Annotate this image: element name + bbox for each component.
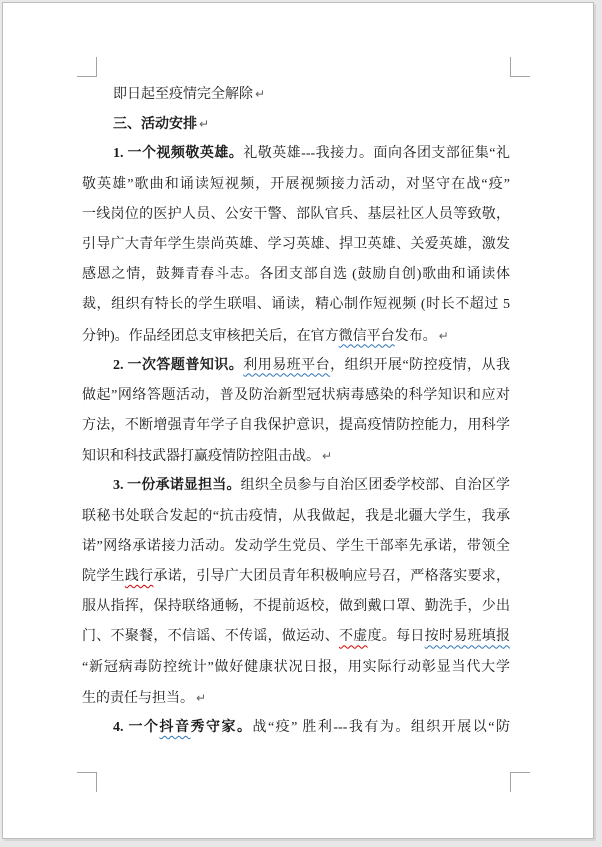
margin-crop-mark-bottom-left <box>77 772 97 792</box>
margin-crop-mark-top-right <box>510 57 530 77</box>
text-line[interactable]: 即日起至疫情完全解除↵ <box>82 79 510 109</box>
text-line[interactable]: 引导广大青年学生崇尚英雄、学习英雄、捍卫英雄、关爱英雄，激发 <box>82 230 510 260</box>
proofing-marked-text-run: 践行 <box>125 569 154 584</box>
text-block: 即日起至疫情完全解除↵三、活动安排↵1. 一个视频敬英雄。礼敬英雄---我接力。… <box>82 79 510 743</box>
paragraph-mark-icon: ↵ <box>322 449 332 463</box>
proofing-marked-text-run: 利用易班平台 <box>243 358 330 373</box>
text-run: 一线岗位的医护人员、公安干警、部队官兵、基层社区人员等致敬， <box>82 207 510 222</box>
text-run: 4. 一个 <box>113 720 159 735</box>
text-run: 发布。 <box>395 329 437 344</box>
paragraph-mark-icon: ↵ <box>255 87 265 101</box>
text-run: 2. 一次答题普知识。 <box>113 358 243 373</box>
text-line[interactable]: 院学生践行承诺，引导广大团员青年积极响应号召，严格落实要求， <box>82 562 510 592</box>
text-run: “新冠病毒防控统计”做好健康状况日报，用实际行动彰显当代大学 <box>82 660 510 675</box>
text-line[interactable]: 敬英雄”歌曲和诵读短视频，开展视频接力活动，对坚守在战“疫” <box>82 170 510 200</box>
text-run: 诺”网络承诺接力活动。发动学生党员、学生干部率先承诺，带领全 <box>82 539 510 554</box>
text-line[interactable]: 联秘书处联合发起的“抗击疫情，从我做起，我是北疆大学生，我承 <box>82 502 510 532</box>
text-run: 引导广大青年学生崇尚英雄、学习英雄、捍卫英雄、关爱英雄，激发 <box>82 237 510 252</box>
text-line[interactable]: 裁，组织有特长的学生联唱、诵读，精心制作短视频 (时长不超过 5 <box>82 290 510 320</box>
text-run: 门、不聚餐，不信谣、不传谣，做运动、 <box>82 629 339 644</box>
text-run: 做起”网络答题活动，普及防治新型冠状病毒感染的科学知识和应对 <box>82 388 510 403</box>
text-run: 知识和科技武器打赢疫情防控阻击战。 <box>82 449 320 464</box>
text-line[interactable]: 门、不聚餐，不信谣、不传谣，做运动、不虚度。每日按时易班填报 <box>82 622 510 652</box>
text-line[interactable]: 方法，不断增强青年学子自我保护意识，提高疫情防控能力，用科学 <box>82 411 510 441</box>
text-run: 礼敬英雄---我接力。面向各团支部征集“礼 <box>243 146 510 161</box>
text-line[interactable]: 知识和科技武器打赢疫情防控阻击战。↵ <box>82 441 510 471</box>
text-run: 生的责任与担当。 <box>82 691 194 706</box>
text-run: 服从指挥，保持联络通畅，不提前返校，做到戴口罩、勤洗手，少出 <box>82 599 510 614</box>
text-run: 3. 一份承诺显担当。 <box>113 478 241 493</box>
paragraph-mark-icon: ↵ <box>439 329 449 343</box>
text-run: 即日起至疫情完全解除 <box>113 87 253 102</box>
text-run: 敬英雄”歌曲和诵读短视频，开展视频接力活动，对坚守在战“疫” <box>82 177 510 192</box>
text-line[interactable]: 2. 一次答题普知识。利用易班平台，组织开展“防控疫情，从我 <box>82 351 510 381</box>
paragraph-mark-icon: ↵ <box>196 691 206 705</box>
text-run: 院学生 <box>82 569 125 584</box>
text-run: 战“疫” 胜利---我有为。组织开展以“防 <box>252 720 510 735</box>
text-run: 联秘书处联合发起的“抗击疫情，从我做起，我是北疆大学生，我承 <box>82 509 510 524</box>
text-run: 方法，不断增强青年学子自我保护意识，提高疫情防控能力，用科学 <box>82 418 510 433</box>
proofing-marked-text-run: 按时易班填报 <box>425 629 510 644</box>
text-line[interactable]: 3. 一份承诺显担当。组织全员参与自治区团委学校部、自治区学 <box>82 471 510 501</box>
text-line[interactable]: 诺”网络承诺接力活动。发动学生党员、学生干部率先承诺，带领全 <box>82 532 510 562</box>
text-line[interactable]: “新冠病毒防控统计”做好健康状况日报，用实际行动彰显当代大学 <box>82 653 510 683</box>
text-run: 承诺，引导广大团员青年积极响应号召，严格落实要求， <box>153 569 510 584</box>
text-line[interactable]: 4. 一个抖音秀守家。战“疫” 胜利---我有为。组织开展以“防 <box>82 713 510 743</box>
proofing-marked-text-run: 微信平台 <box>339 329 395 344</box>
text-line[interactable]: 做起”网络答题活动，普及防治新型冠状病毒感染的科学知识和应对 <box>82 381 510 411</box>
proofing-marked-text-run: 抖音 <box>159 720 190 735</box>
text-run: 三、活动安排 <box>113 117 197 132</box>
margin-crop-mark-top-left <box>77 57 97 77</box>
text-run: ，组织开展“防控疫情，从我 <box>330 358 510 373</box>
text-run: 秀守家。 <box>190 720 252 735</box>
text-line[interactable]: 三、活动安排↵ <box>82 109 510 139</box>
text-line[interactable]: 1. 一个视频敬英雄。礼敬英雄---我接力。面向各团支部征集“礼 <box>82 139 510 169</box>
proofing-marked-text-run: 不虚 <box>339 629 368 644</box>
text-run: 感恩之情，鼓舞青春斗志。各团支部自选 (鼓励自创)歌曲和诵读体 <box>82 267 510 282</box>
text-line[interactable]: 分钟)。作品经团总支审核把关后，在官方微信平台发布。↵ <box>82 321 510 351</box>
paragraph-mark-icon: ↵ <box>199 117 209 131</box>
text-run: 1. 一个视频敬英雄。 <box>113 146 243 161</box>
text-run: 分钟)。作品经团总支审核把关后，在官方 <box>82 329 339 344</box>
text-line[interactable]: 感恩之情，鼓舞青春斗志。各团支部自选 (鼓励自创)歌曲和诵读体 <box>82 260 510 290</box>
text-line[interactable]: 服从指挥，保持联络通畅，不提前返校，做到戴口罩、勤洗手，少出 <box>82 592 510 622</box>
text-line[interactable]: 一线岗位的医护人员、公安干警、部队官兵、基层社区人员等致敬， <box>82 200 510 230</box>
margin-crop-mark-bottom-right <box>510 772 530 792</box>
text-run: 组织全员参与自治区团委学校部、自治区学 <box>241 478 510 493</box>
text-run: 度。每日 <box>368 629 425 644</box>
text-line[interactable]: 生的责任与担当。↵ <box>82 683 510 713</box>
text-run: 裁，组织有特长的学生联唱、诵读，精心制作短视频 (时长不超过 5 <box>82 297 510 312</box>
